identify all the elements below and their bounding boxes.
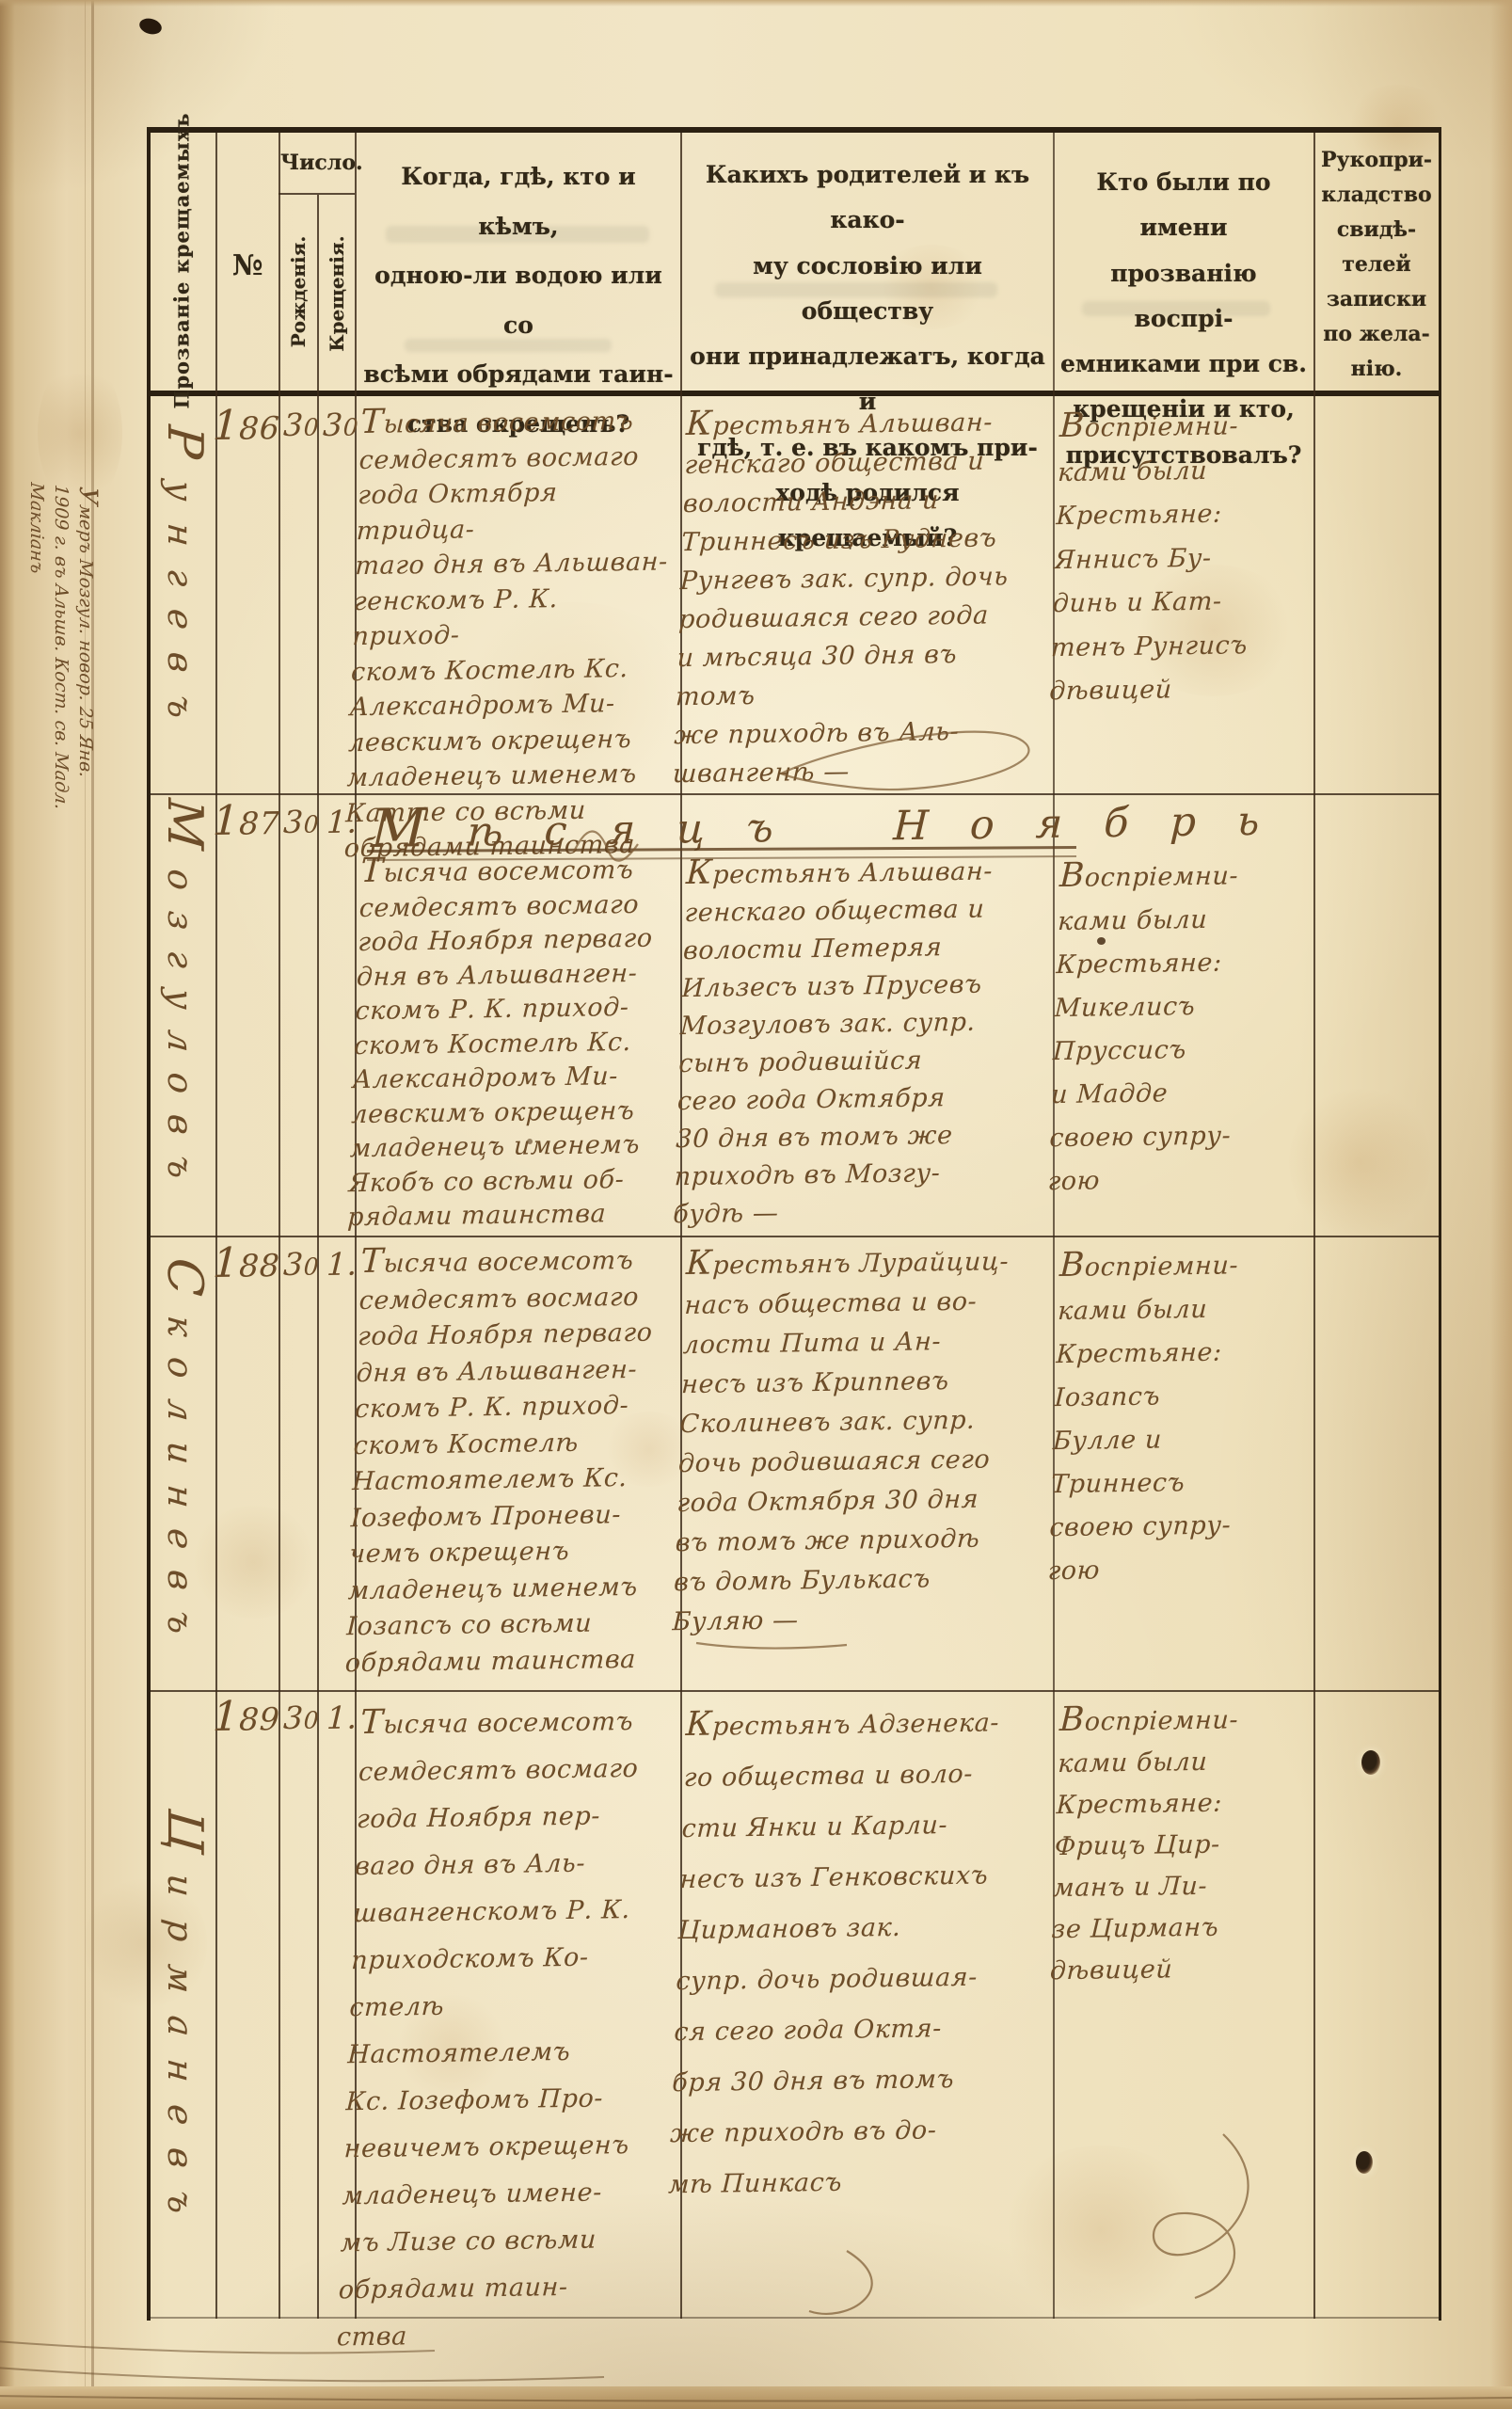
table-border-left <box>147 127 151 2321</box>
table-border-right <box>1439 127 1441 2321</box>
ink-blot <box>137 16 163 37</box>
flourish-row188-underline <box>696 1643 847 1649</box>
cell-when: Тысяча восемсотъ семдесятъ восмаго года … <box>344 1239 679 1682</box>
row-number: 187 <box>212 797 280 845</box>
column-subheader-born: Рожденія. <box>287 236 310 348</box>
margin-note: Умеръ Мозгул. новор. 25 Янв. 1909 г. въ … <box>24 482 100 1015</box>
row-separator <box>147 1690 1440 1692</box>
foxing-stain <box>1289 1082 1430 1242</box>
column-header-date: Число. <box>280 151 356 175</box>
born-day: 30 <box>283 803 321 840</box>
paper-hole <box>1361 1750 1380 1775</box>
cell-godparents: Воспріемни- ками были Крестьяне: Микелис… <box>1047 851 1311 1204</box>
column-rule <box>279 133 280 2319</box>
register-page-scan: Прозваніе крещаемыхъ № Число. Рожденія. … <box>0 0 1512 2409</box>
born-day: 30 <box>283 406 321 443</box>
row-number: 186 <box>212 402 280 450</box>
row-number: 188 <box>212 1239 280 1287</box>
page-fold-line <box>91 0 94 2409</box>
cell-parents: Крестьянъ Альшван- генскаго общества и в… <box>673 850 1054 1235</box>
cell-godparents: Воспріемни- ками были Крестьяне: Фрицъ Ц… <box>1049 1696 1311 1992</box>
column-header-surname: Прозваніе крещаемыхъ <box>170 113 194 409</box>
page-fold-line-2 <box>85 0 86 2409</box>
row-surname: Цирманевъ <box>156 1807 213 2239</box>
cell-when: Тысяча восемсотъ семдесятъ восмаго года … <box>336 1695 679 2361</box>
paper-hole <box>1356 2151 1373 2174</box>
cell-parents: Крестьянъ Лурайциц- насъ общества и во- … <box>672 1239 1054 1643</box>
column-rule <box>215 133 217 2319</box>
born-day: 30 <box>283 1699 321 1736</box>
page-edge-top <box>0 0 1512 7</box>
baptized-day: 1. <box>326 1699 358 1736</box>
column-header-number: № <box>232 249 263 282</box>
column-header-witness: Рукопри- кладство свидѣ- телей записки п… <box>1317 143 1436 387</box>
flourish-row189-swirl <box>1154 2134 1249 2298</box>
cell-parents: Крестьянъ Альшван- генскаго общества и в… <box>672 400 1054 794</box>
row-surname: Сколиневъ <box>156 1255 213 1657</box>
row-surname: Мозгуловъ <box>156 797 213 1203</box>
baptized-day: 1. <box>326 804 358 840</box>
page-edge-right <box>1490 0 1512 2409</box>
column-subheader-baptized: Крещенія. <box>326 235 348 351</box>
born-day: 30 <box>283 1245 321 1283</box>
baptized-day: 30 <box>323 406 360 443</box>
row-number: 189 <box>212 1693 280 1741</box>
cell-godparents: Воспріемни- ками были Крестьяне: Яннисъ … <box>1048 401 1311 713</box>
baptized-day: 1. <box>326 1246 358 1283</box>
cell-when: Тысяча восемсотъ семдесятъ восмаго года … <box>346 850 679 1235</box>
table-border-top <box>147 127 1440 133</box>
page-edge-left-inner <box>15 0 94 2409</box>
page-edge-left-outer <box>0 0 15 2409</box>
row-surname: Рунгевъ <box>156 423 213 744</box>
page-edge-bottom-band <box>0 2386 1512 2409</box>
column-rule <box>1313 133 1315 2319</box>
cell-parents: Крестьянъ Адзенека- го общества и воло- … <box>667 1695 1054 2211</box>
row-separator <box>147 1236 1440 1237</box>
flourish-row189-tail <box>809 2251 872 2314</box>
cell-godparents: Воспріемни- ками были Крестьяне: Іозапсъ… <box>1047 1240 1311 1593</box>
